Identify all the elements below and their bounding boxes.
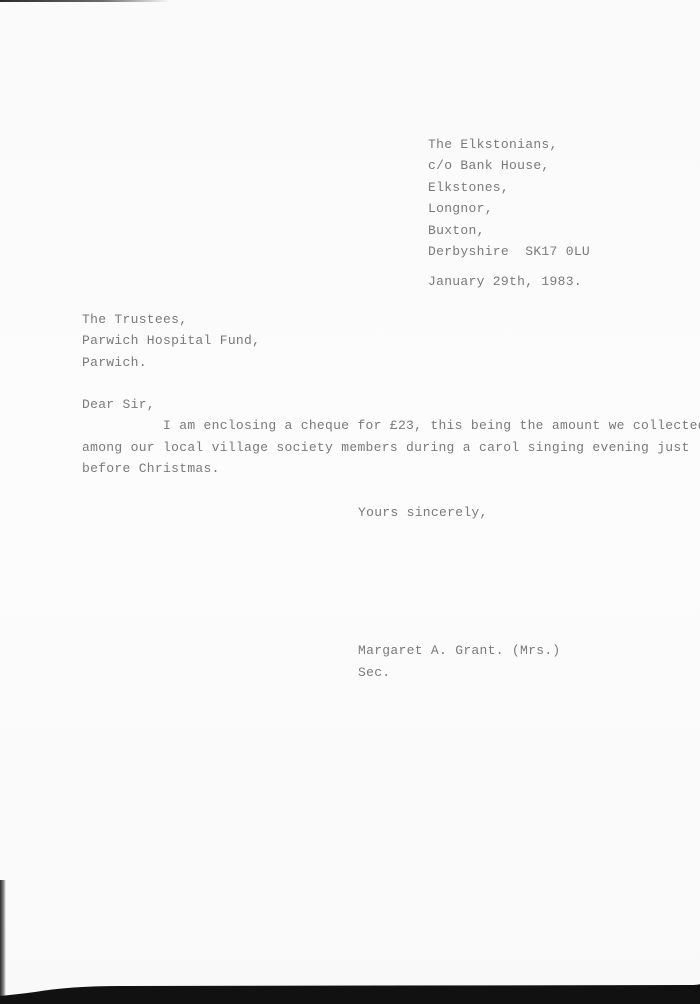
signatory-name: Margaret A. Grant. (Mrs.)	[358, 643, 561, 659]
sender-address-line: The Elkstonians,	[428, 137, 558, 153]
sender-address-line: Elkstones,	[428, 180, 509, 196]
signatory-title: Sec.	[358, 665, 390, 681]
body-line: among our local village society members …	[82, 440, 690, 456]
recipient-address-line: Parwich.	[82, 355, 147, 371]
scan-edge-top	[0, 0, 170, 2]
sender-address-line: Longnor,	[428, 201, 493, 217]
closing: Yours sincerely,	[358, 505, 488, 521]
body-line: I am enclosing a cheque for £23, this be…	[82, 418, 700, 434]
letter-page: The Elkstonians, c/o Bank House, Elkston…	[0, 0, 700, 1004]
letter-date: January 29th, 1983.	[428, 274, 582, 290]
sender-address-line: Derbyshire SK17 0LU	[428, 244, 590, 260]
sender-address-line: c/o Bank House,	[428, 158, 550, 174]
recipient-address-line: Parwich Hospital Fund,	[82, 333, 260, 349]
recipient-address-line: The Trustees,	[82, 312, 187, 328]
sender-address-line: Buxton,	[428, 223, 485, 239]
scan-edge-bottom	[0, 984, 700, 1004]
salutation: Dear Sir,	[82, 397, 155, 413]
body-line: before Christmas.	[82, 461, 220, 477]
